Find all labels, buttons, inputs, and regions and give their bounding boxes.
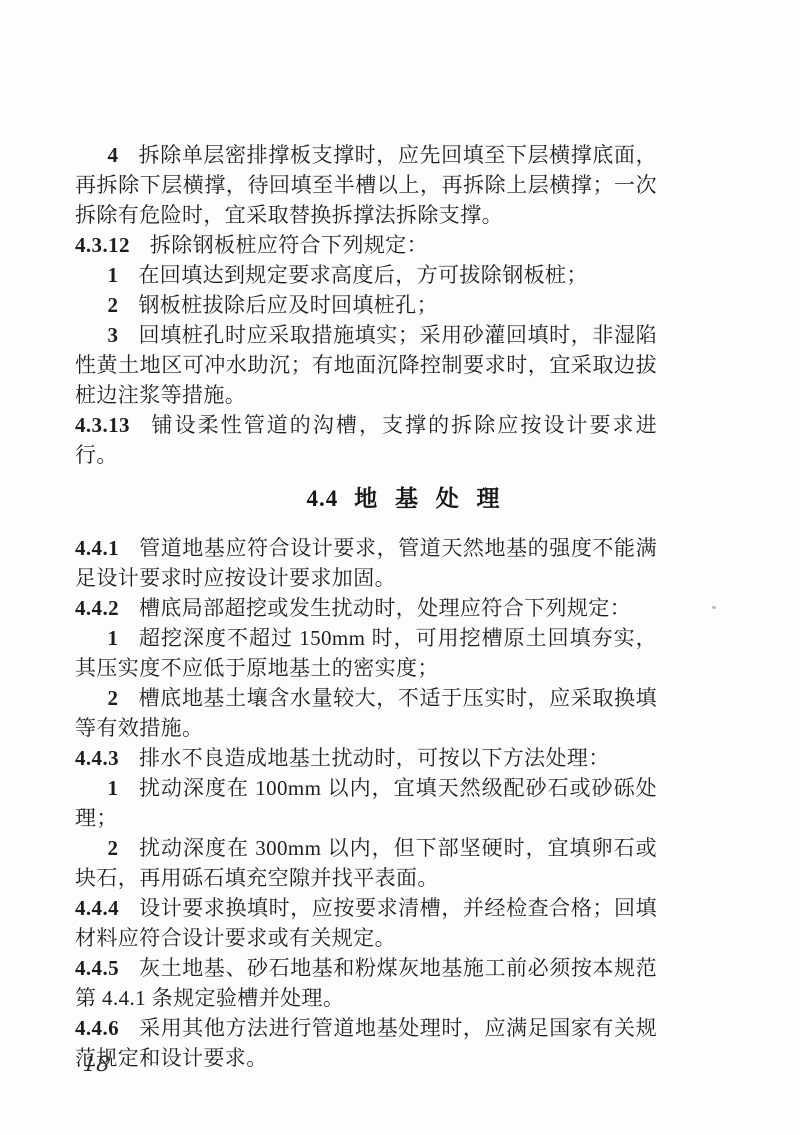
scan-artifact-dot [712,606,716,609]
clause-paragraph: 4.4.4设计要求换填时，应按要求清槽，并经检查合格；回填材料应符合设计要求或有… [75,893,657,953]
item-number: 4.3.13 [75,413,130,437]
item-number: 4.4.3 [75,746,119,770]
item-number: 4.4.6 [75,1016,119,1040]
item-number: 4.3.12 [75,233,130,257]
item-text: 拆除钢板桩应符合下列规定： [150,233,428,257]
item-number: 4.4.2 [75,596,119,620]
item-number: 2 [108,836,119,860]
list-item-paragraph: 2槽底地基土壤含水量较大，不适于压实时，应采取换填等有效措施。 [75,683,657,743]
item-text: 管道地基应符合设计要求，管道天然地基的强度不能满足设计要求时应按设计要求加固。 [75,536,657,590]
item-text: 铺设柔性管道的沟槽，支撑的拆除应按设计要求进行。 [75,413,657,467]
item-text: 钢板桩拔除后应及时回填桩孔； [138,293,438,317]
item-number: 4.4.5 [75,956,119,980]
item-text: 灰土地基、砂石地基和粉煤灰地基施工前必须按本规范第 4.4.1 条规定验槽并处理… [75,956,657,1010]
list-item-paragraph: 2扰动深度在 300mm 以内，但下部坚硬时，宜填卵石或块石，再用砾石填充空隙并… [75,833,657,893]
item-text: 排水不良造成地基土扰动时，可按以下方法处理： [139,746,610,770]
item-text: 扰动深度在 300mm 以内，但下部坚硬时，宜填卵石或块石，再用砾石填充空隙并找… [75,836,657,890]
item-number: 4.4.1 [75,536,119,560]
item-number: 1 [108,776,119,800]
list-item-paragraph: 2钢板桩拔除后应及时回填桩孔； [75,290,657,320]
clause-paragraph: 4.3.12拆除钢板桩应符合下列规定： [75,230,657,260]
item-text: 采用其他方法进行管道地基处理时，应满足国家有关规范规定和设计要求。 [75,1016,657,1070]
list-item-paragraph: 4拆除单层密排撑板支撑时，应先回填至下层横撑底面，再拆除下层横撑，待回填至半槽以… [75,140,657,230]
clause-paragraph: 4.4.5灰土地基、砂石地基和粉煤灰地基施工前必须按本规范第 4.4.1 条规定… [75,953,657,1013]
item-text: 槽底局部超挖或发生扰动时，处理应符合下列规定： [139,596,631,620]
document-text-block: 4拆除单层密排撑板支撑时，应先回填至下层横撑底面，再拆除下层横撑，待回填至半槽以… [75,140,657,1073]
item-number: 4 [108,143,119,167]
list-item-paragraph: 1超挖深度不超过 150mm 时，可用挖槽原土回填夯实，其压实度不应低于原地基土… [75,623,657,683]
document-page: 4拆除单层密排撑板支撑时，应先回填至下层横撑底面，再拆除下层横撑，待回填至半槽以… [0,0,800,1135]
list-item-paragraph: 1扰动深度在 100mm 以内，宜填天然级配砂石或砂砾处理； [75,773,657,833]
clause-paragraph: 4.3.13铺设柔性管道的沟槽，支撑的拆除应按设计要求进行。 [75,410,657,470]
item-text: 超挖深度不超过 150mm 时，可用挖槽原土回填夯实，其压实度不应低于原地基土的… [75,626,657,680]
section-heading-number: 4.4 [307,486,339,511]
clause-paragraph: 4.4.2槽底局部超挖或发生扰动时，处理应符合下列规定： [75,593,657,623]
item-text: 在回填达到规定要求高度后，方可拔除钢板桩； [138,263,587,287]
item-number: 3 [108,323,119,347]
item-number: 1 [108,263,119,287]
list-item-paragraph: 1在回填达到规定要求高度后，方可拔除钢板桩； [75,260,657,290]
item-number: 4.4.4 [75,896,119,920]
item-text: 槽底地基土壤含水量较大，不适于压实时，应采取换填等有效措施。 [75,686,657,740]
clause-paragraph: 4.4.6采用其他方法进行管道地基处理时，应满足国家有关规范规定和设计要求。 [75,1013,657,1073]
item-text: 回填桩孔时应采取措施填实；采用砂灌回填时，非湿陷性黄土地区可冲水助沉；有地面沉降… [75,323,657,407]
item-text: 拆除单层密排撑板支撑时，应先回填至下层横撑底面，再拆除下层横撑，待回填至半槽以上… [75,143,657,227]
item-text: 扰动深度在 100mm 以内，宜填天然级配砂石或砂砾处理； [75,776,657,830]
item-number: 2 [108,686,119,710]
item-text: 设计要求换填时，应按要求清槽，并经检查合格；回填材料应符合设计要求或有关规定。 [75,896,657,950]
clause-paragraph: 4.4.3排水不良造成地基土扰动时，可按以下方法处理： [75,743,657,773]
section-heading-title: 地 基 处 理 [354,486,505,511]
clause-paragraph: 4.4.1管道地基应符合设计要求，管道天然地基的强度不能满足设计要求时应按设计要… [75,533,657,593]
page-number: 18 [82,1050,111,1078]
item-number: 1 [108,626,119,650]
list-item-paragraph: 3回填桩孔时应采取措施填实；采用砂灌回填时，非湿陷性黄土地区可冲水助沉；有地面沉… [75,320,657,410]
item-number: 2 [108,293,119,317]
section-heading: 4.4地 基 处 理 [115,484,697,514]
